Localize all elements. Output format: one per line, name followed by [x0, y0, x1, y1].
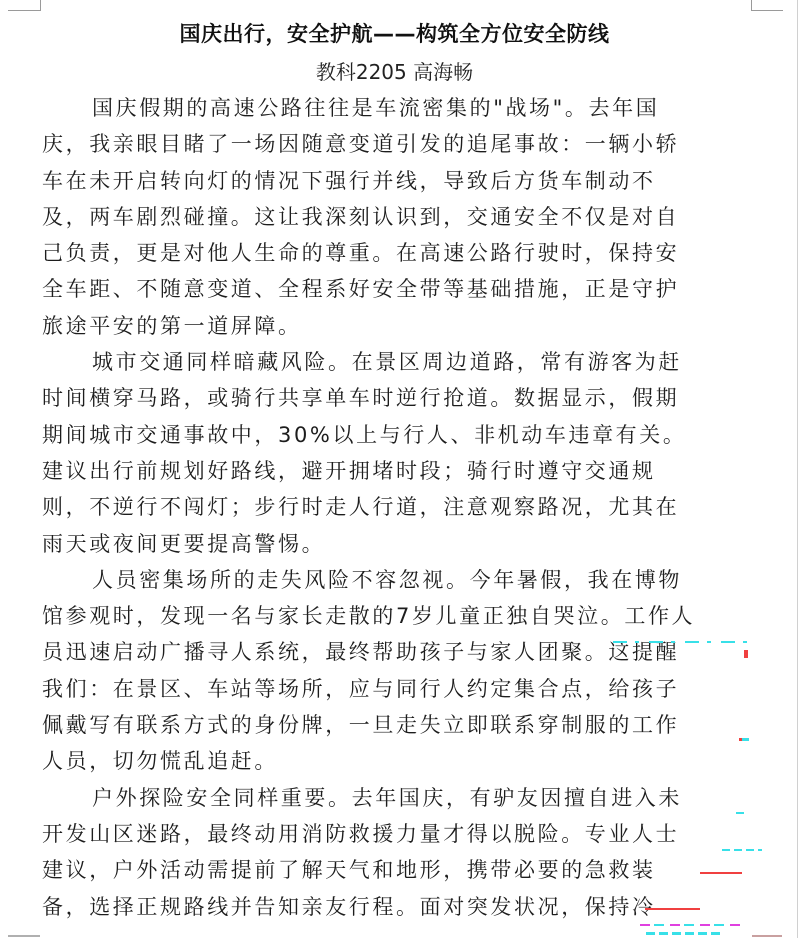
scan-artifact: [640, 924, 740, 926]
crop-mark-top-left: [8, 0, 41, 11]
scan-artifact: [613, 641, 753, 643]
text-line: 国庆假期的高速公路往往是车流密集的"战场"。去年国: [42, 90, 747, 126]
text-line: 馆参观时，发现一名与家长走散的7岁儿童正独自哭泣。工作人: [42, 598, 747, 634]
scan-artifact: [646, 932, 721, 935]
text-line: 佩戴写有联系方式的身份牌，一旦走失立即联系穿制服的工作: [42, 707, 747, 743]
text-line: 备，选择正规路线并告知亲友行程。面对突发状况，保持冷: [42, 889, 747, 925]
text-line: 及，两车剧烈碰撞。这让我深刻认识到，交通安全不仅是对自: [42, 199, 747, 235]
text-line: 户外探险安全同样重要。去年国庆，有驴友因擅自进入未: [42, 780, 747, 816]
text-line: 建议，户外活动需提前了解天气和地形，携带必要的急救装: [42, 852, 747, 888]
scan-artifact: [700, 872, 742, 874]
document-author: 教科2205 高海畅: [42, 56, 747, 85]
text-line: 人员密集场所的走失风险不容忽视。今年暑假，我在博物: [42, 562, 747, 598]
paragraph-4: 户外探险安全同样重要。去年国庆，有驴友因擅自进入未 开发山区迷路，最终动用消防救…: [42, 780, 747, 925]
document-title: 国庆出行，安全护航——构筑全方位安全防线: [42, 18, 747, 48]
text-line: 己负责，更是对他人生命的尊重。在高速公路行驶时，保持安: [42, 235, 747, 271]
text-line: 人员，切勿慌乱追赶。: [42, 743, 747, 779]
document-body: 国庆假期的高速公路往往是车流密集的"战场"。去年国 庆，我亲眼目睹了一场因随意变…: [42, 90, 747, 925]
crop-mark-top-right: [751, 0, 783, 11]
scan-artifact: [645, 908, 700, 910]
paragraph-3: 人员密集场所的走失风险不容忽视。今年暑假，我在博物 馆参观时，发现一名与家长走散…: [42, 562, 747, 780]
paragraph-2: 城市交通同样暗藏风险。在景区周边道路，常有游客为赶 时间横穿马路，或骑行共享单车…: [42, 344, 747, 562]
scan-artifact: [744, 650, 748, 658]
scan-artifact: [722, 849, 762, 851]
scan-artifact: [736, 812, 744, 814]
text-line: 全车距、不随意变道、全程系好安全带等基础措施，正是守护: [42, 271, 747, 307]
text-line: 建议出行前规划好路线，避开拥堵时段；骑行时遵守交通规: [42, 453, 747, 489]
text-line: 雨天或夜间更要提高警惕。: [42, 526, 747, 562]
text-line: 车在未开启转向灯的情况下强行并线，导致后方货车制动不: [42, 163, 747, 199]
text-line: 时间横穿马路，或骑行共享单车时逆行抢道。数据显示，假期: [42, 380, 747, 416]
text-line: 我们：在景区、车站等场所，应与同行人约定集合点，给孩子: [42, 671, 747, 707]
text-line: 旅途平安的第一道屏障。: [42, 308, 747, 344]
text-line: 则，不逆行不闯灯；步行时走人行道，注意观察路况，尤其在: [42, 489, 747, 525]
text-line: 员迅速启动广播寻人系统，最终帮助孩子与家人团聚。这提醒: [42, 634, 747, 670]
paragraph-1: 国庆假期的高速公路往往是车流密集的"战场"。去年国 庆，我亲眼目睹了一场因随意变…: [42, 90, 747, 344]
text-line: 庆，我亲眼目睹了一场因随意变道引发的追尾事故：一辆小轿: [42, 126, 747, 162]
scan-artifact: [739, 738, 749, 741]
text-line: 开发山区迷路，最终动用消防救援力量才得以脱险。专业人士: [42, 816, 747, 852]
text-line: 城市交通同样暗藏风险。在景区周边道路，常有游客为赶: [42, 344, 747, 380]
text-line: 期间城市交通事故中，30%以上与行人、非机动车违章有关。: [42, 417, 747, 453]
page-edge: [797, 0, 798, 938]
